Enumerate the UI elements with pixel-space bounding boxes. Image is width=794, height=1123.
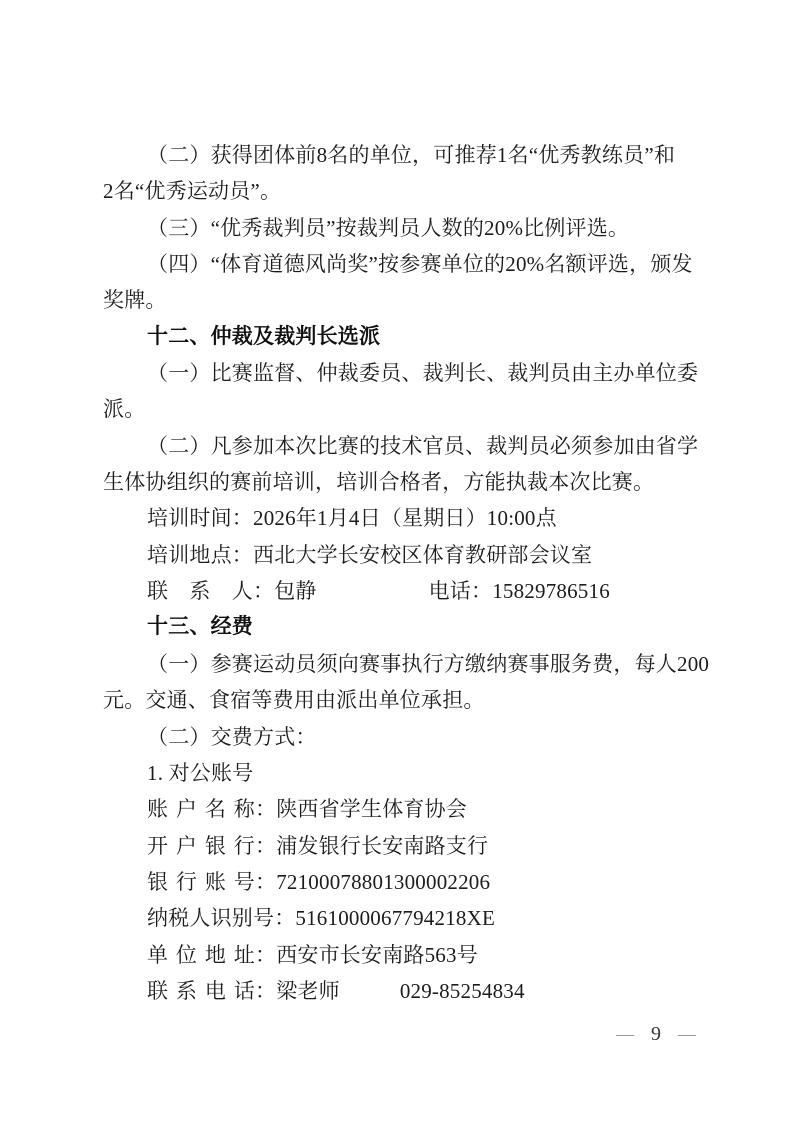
page-footer: — 9 — <box>616 1022 696 1046</box>
text-run: ：梁老师 <box>255 979 340 1003</box>
text-run: （一）参赛运动员须向赛事执行方缴纳赛事服务费，每人200 <box>147 652 709 676</box>
text-run: 派。 <box>103 397 145 421</box>
text-line: （一）比赛监督、仲裁委员、裁判长、裁判员由主办单位委 <box>103 355 703 391</box>
text-line: 1. 对公账号 <box>103 755 703 791</box>
text-run: ：陕西省学生体育协会 <box>255 797 467 821</box>
text-line: 开户银行：浦发银行长安南路支行 <box>103 828 703 864</box>
text-run: 开户银行 <box>147 828 255 864</box>
text-line: 联 系 人：包静电话：15829786516 <box>103 573 703 609</box>
text-line: （二）凡参加本次比赛的技术官员、裁判员必须参加由省学 <box>103 428 703 464</box>
text-line: 培训时间：2026年1月4日（星期日）10:00点 <box>103 500 703 536</box>
text-run: 培训地点：西北大学长安校区体育教研部会议室 <box>147 543 592 567</box>
text-line: （二）获得团体前8名的单位，可推荐1名“优秀教练员”和 <box>103 137 703 173</box>
text-line: （三）“优秀裁判员”按裁判员人数的20%比例评选。 <box>103 210 703 246</box>
page-number: 9 <box>651 1022 661 1046</box>
text-run: （二）凡参加本次比赛的技术官员、裁判员必须参加由省学 <box>147 434 698 458</box>
text-line: （一）参赛运动员须向赛事执行方缴纳赛事服务费，每人200 <box>103 646 703 682</box>
text-run: 十三、经费 <box>147 615 253 638</box>
text-line: （二）交费方式： <box>103 719 703 755</box>
text-run: 银行账号 <box>147 864 255 900</box>
text-run: 029-85254834 <box>400 979 525 1003</box>
text-run: 1. 对公账号 <box>147 761 253 785</box>
text-run: （一）比赛监督、仲裁委员、裁判长、裁判员由主办单位委 <box>147 361 698 385</box>
text-run: ：西安市长安南路563号 <box>255 943 478 967</box>
text-gap <box>317 597 429 598</box>
text-run: （四）“体育道德风尚奖”按参赛单位的20%名额评选，颁发 <box>147 252 693 276</box>
footer-dash-left: — <box>616 1022 634 1046</box>
text-run: ：72100078801300002206 <box>255 870 490 894</box>
text-gap <box>340 997 400 998</box>
text-run: 联 系 人：包静 <box>147 579 317 603</box>
text-line: 纳税人识别号：5161000067794218XE <box>103 900 703 936</box>
text-line: 联系电话：梁老师029-85254834 <box>103 973 703 1009</box>
text-line: 单位地址：西安市长安南路563号 <box>103 937 703 973</box>
text-line: 生体协组织的赛前培训，培训合格者，方能执裁本次比赛。 <box>103 464 703 500</box>
text-line: 银行账号：72100078801300002206 <box>103 864 703 900</box>
text-run: 2名“优秀运动员”。 <box>103 179 281 203</box>
text-run: 十二、仲裁及裁判长选派 <box>147 325 380 348</box>
text-run: 联系电话 <box>147 973 255 1009</box>
document-page: （二）获得团体前8名的单位，可推荐1名“优秀教练员”和2名“优秀运动员”。（三）… <box>0 0 794 1123</box>
text-line: 培训地点：西北大学长安校区体育教研部会议室 <box>103 537 703 573</box>
text-line: 派。 <box>103 391 703 427</box>
section-heading: 十三、经费 <box>103 609 703 645</box>
text-run: 账户名称 <box>147 791 255 827</box>
text-run: 培训时间：2026年1月4日（星期日）10:00点 <box>147 506 557 530</box>
text-line: 元。交通、食宿等费用由派出单位承担。 <box>103 682 703 718</box>
document-body: （二）获得团体前8名的单位，可推荐1名“优秀教练员”和2名“优秀运动员”。（三）… <box>103 137 703 1009</box>
text-run: （二）获得团体前8名的单位，可推荐1名“优秀教练员”和 <box>147 143 675 167</box>
text-run: （三）“优秀裁判员”按裁判员人数的20%比例评选。 <box>147 216 629 240</box>
footer-dash-right: — <box>678 1022 696 1046</box>
text-run: 电话：15829786516 <box>429 579 610 603</box>
text-line: 2名“优秀运动员”。 <box>103 173 703 209</box>
text-run: （二）交费方式： <box>147 725 317 749</box>
text-line: （四）“体育道德风尚奖”按参赛单位的20%名额评选，颁发 <box>103 246 703 282</box>
text-line: 账户名称：陕西省学生体育协会 <box>103 791 703 827</box>
text-line: 奖牌。 <box>103 282 703 318</box>
section-heading: 十二、仲裁及裁判长选派 <box>103 319 703 355</box>
text-run: 纳税人识别号：5161000067794218XE <box>147 906 495 930</box>
text-run: 元。交通、食宿等费用由派出单位承担。 <box>103 688 485 712</box>
text-run: 单位地址 <box>147 937 255 973</box>
text-run: ：浦发银行长安南路支行 <box>255 834 488 858</box>
text-run: 生体协组织的赛前培训，培训合格者，方能执裁本次比赛。 <box>103 470 654 494</box>
text-run: 奖牌。 <box>103 288 167 312</box>
